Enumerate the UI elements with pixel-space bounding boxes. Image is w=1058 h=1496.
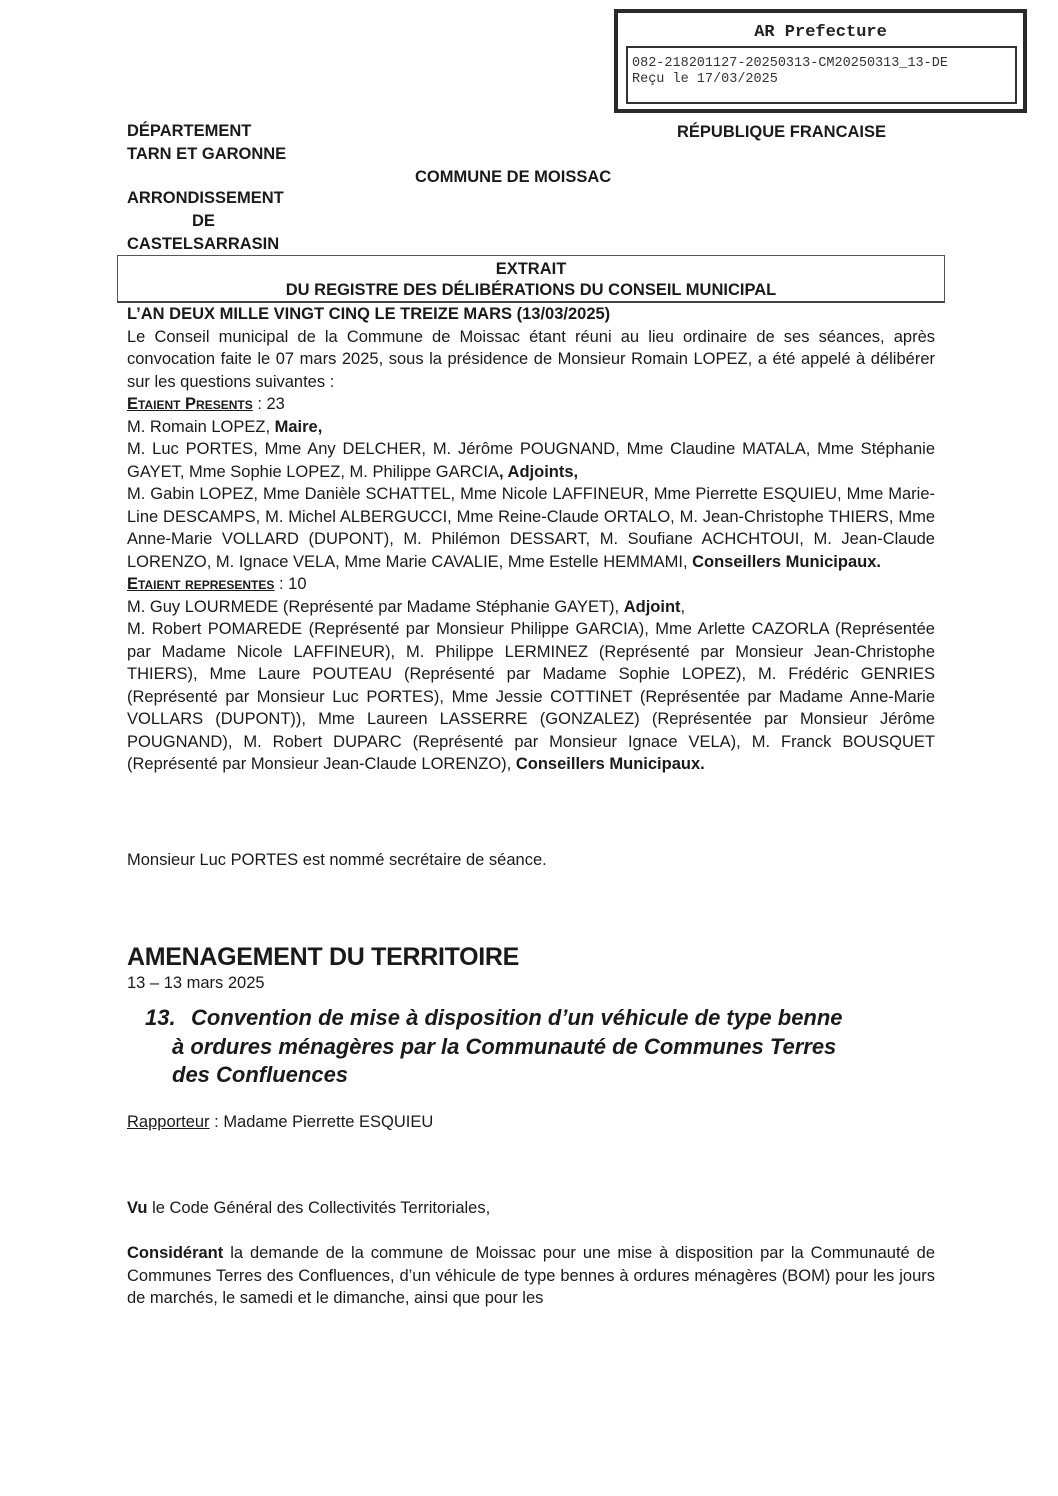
maire-role: Maire, xyxy=(275,418,323,436)
presents-adjoints: M. Luc PORTES, Mme Any DELCHER, M. Jérôm… xyxy=(127,438,935,483)
arrondissement-block: ARRONDISSEMENT DE CASTELSARRASIN xyxy=(127,187,284,256)
commune-label: COMMUNE DE MOISSAC xyxy=(415,166,611,189)
presents-maire: M. Romain LOPEZ, Maire, xyxy=(127,416,935,439)
extrait-subtitle: DU REGISTRE DES DÉLIBÉRATIONS DU CONSEIL… xyxy=(118,280,944,301)
extrait-title: EXTRAIT xyxy=(118,259,944,280)
item-title: 13. Convention de mise à disposition d’u… xyxy=(145,1004,935,1090)
vu-text: le Code Général des Collectivités Territ… xyxy=(147,1199,490,1217)
section-title: AMENAGEMENT DU TERRITOIRE xyxy=(127,943,519,972)
vu-label: Vu xyxy=(127,1199,147,1217)
republique-label: RÉPUBLIQUE FRANCAISE xyxy=(677,121,886,144)
adjoints-role: , Adjoints, xyxy=(499,463,578,481)
rapporteur-label: Rapporteur xyxy=(127,1113,210,1131)
item-title-line1: Convention de mise à disposition d’un vé… xyxy=(145,1004,935,1033)
conseillers-role: Conseillers Municipaux. xyxy=(692,553,881,571)
deliberation-body: L’AN DEUX MILLE VINGT CINQ LE TREIZE MAR… xyxy=(127,303,935,776)
vu-paragraph: Vu le Code Général des Collectivités Ter… xyxy=(127,1197,935,1220)
represented-adjoint-names: M. Guy LOURMEDE (Représenté par Madame S… xyxy=(127,598,624,616)
presents-count: : 23 xyxy=(257,395,285,413)
arrondissement-label: ARRONDISSEMENT xyxy=(127,187,284,210)
ar-prefecture-stamp: AR Prefecture 082-218201127-20250313-CM2… xyxy=(614,9,1027,113)
rapporteur: Rapporteur : Madame Pierrette ESQUIEU xyxy=(127,1113,433,1132)
rapporteur-value: : Madame Pierrette ESQUIEU xyxy=(210,1113,434,1131)
representes-adjoint: M. Guy LOURMEDE (Représenté par Madame S… xyxy=(127,596,935,619)
arrondissement-de: DE xyxy=(127,210,284,233)
presents-conseillers: M. Gabin LOPEZ, Mme Danièle SCHATTEL, Mm… xyxy=(127,483,935,573)
section-date: 13 – 13 mars 2025 xyxy=(127,974,265,993)
presents-label: Etaient Presents xyxy=(127,395,253,413)
representes-heading: Etaient representes : 10 xyxy=(127,573,935,596)
secretaire-line: Monsieur Luc PORTES est nommé secrétaire… xyxy=(127,849,935,872)
item-title-line3: des Confluences xyxy=(145,1061,935,1090)
represented-conseillers-names: M. Robert POMAREDE (Représenté par Monsi… xyxy=(127,620,935,773)
stamp-received-date: Reçu le 17/03/2025 xyxy=(632,72,1015,88)
item-number: 13. xyxy=(145,1004,176,1033)
considerant-label: Considérant xyxy=(127,1244,223,1262)
representes-conseillers: M. Robert POMAREDE (Représenté par Monsi… xyxy=(127,618,935,776)
maire-name: M. Romain LOPEZ, xyxy=(127,418,275,436)
extrait-header-box: EXTRAIT DU REGISTRE DES DÉLIBÉRATIONS DU… xyxy=(117,255,945,303)
stamp-title: AR Prefecture xyxy=(618,23,1023,42)
representes-label: Etaient representes xyxy=(127,575,274,593)
departement-label: DÉPARTEMENT xyxy=(127,120,286,143)
arrondissement-name: CASTELSARRASIN xyxy=(127,233,284,256)
presents-heading: Etaient Presents : 23 xyxy=(127,393,935,416)
stamp-reference: 082-218201127-20250313-CM20250313_13-DE xyxy=(632,56,1015,72)
considerant-paragraph: Considérant la demande de la commune de … xyxy=(127,1242,935,1310)
represented-conseillers-role: Conseillers Municipaux. xyxy=(516,755,705,773)
punctuation: , xyxy=(681,598,686,616)
represented-adjoint-role: Adjoint xyxy=(624,598,681,616)
session-date-line: L’AN DEUX MILLE VINGT CINQ LE TREIZE MAR… xyxy=(127,305,610,323)
representes-count: : 10 xyxy=(279,575,307,593)
session-intro: Le Conseil municipal de la Commune de Mo… xyxy=(127,326,935,394)
item-title-line2: à ordures ménagères par la Communauté de… xyxy=(145,1033,935,1062)
departement-name: TARN ET GARONNE xyxy=(127,143,286,166)
considerant-text: la demande de la commune de Moissac pour… xyxy=(127,1244,935,1307)
stamp-details: 082-218201127-20250313-CM20250313_13-DE … xyxy=(626,46,1017,104)
departement-block: DÉPARTEMENT TARN ET GARONNE xyxy=(127,120,286,166)
